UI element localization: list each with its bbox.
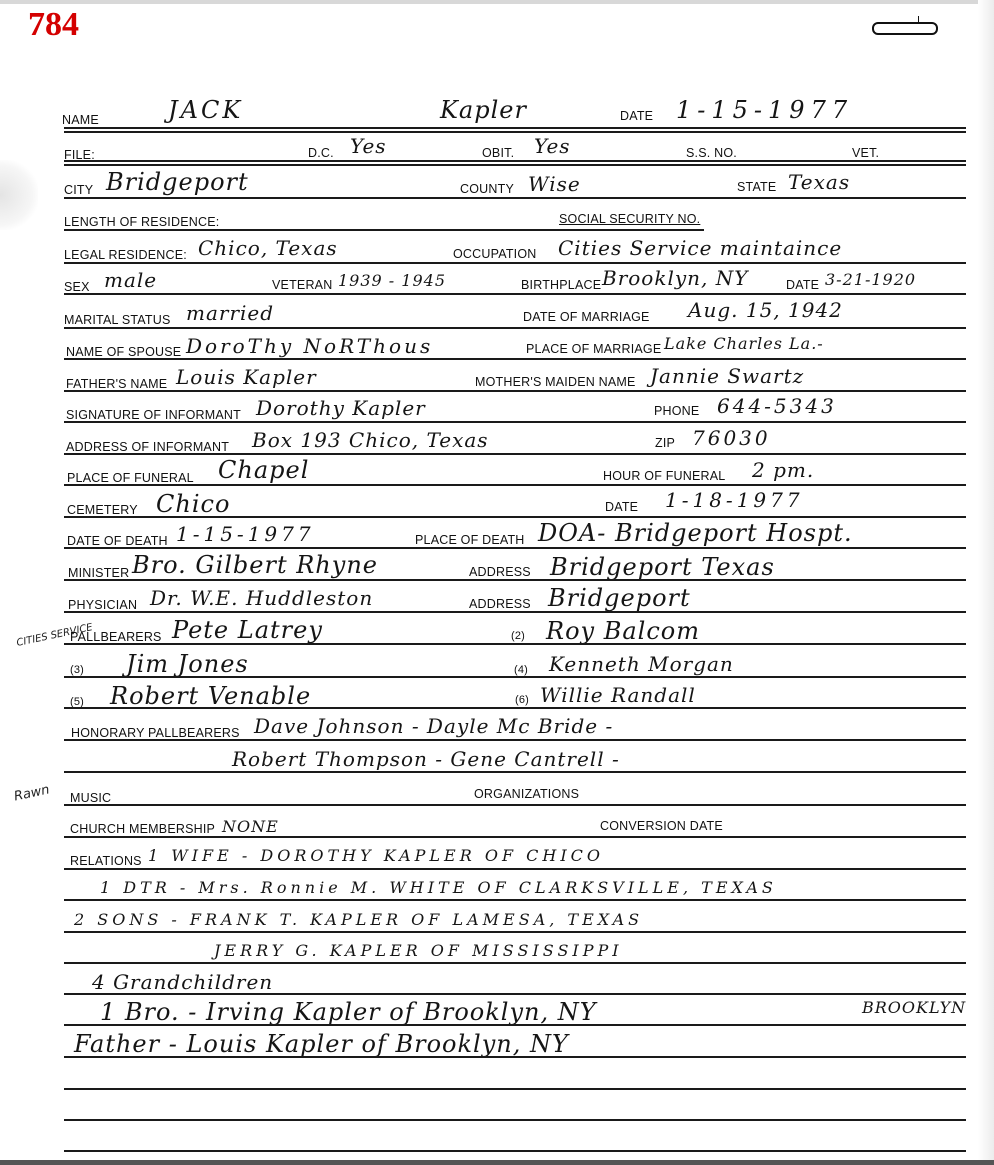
date-label: DATE [620,109,653,123]
pallbearer-3-num: (3) [70,664,84,676]
pallbearer-4[interactable]: Kenneth Morgan [549,652,734,676]
sex-value[interactable]: male [104,268,157,292]
name-label: NAME [62,113,99,127]
relations-rule-6 [64,1024,966,1026]
cemetery-label: CEMETERY [67,503,138,517]
relations-line-4[interactable]: JERRY G. KAPLER OF MISSISSIPPI [214,941,623,960]
honorary-pallbearers-line-1 [64,739,966,741]
county-label: COUNTY [460,182,514,196]
pallbearer-4-num: (4) [514,664,528,676]
birth-date-value[interactable]: 3-21-1920 [825,270,916,289]
obit-value[interactable]: Yes [534,134,571,158]
veteran-label: VETERAN [272,278,332,292]
marital-status-line [64,327,966,329]
relations-rule-8 [64,1088,966,1090]
cemetery-value[interactable]: Chico [156,490,230,518]
minister-address-value[interactable]: Bridgeport Texas [550,553,775,581]
pallbearers-line-2 [64,676,966,678]
pallbearer-5[interactable]: Robert Venable [110,682,311,710]
marital-status-value[interactable]: married [186,301,274,325]
obit-label: OBIT. [482,146,514,160]
occupation-value[interactable]: Cities Service maintaince [558,236,842,260]
file-line [64,160,966,162]
name-of-spouse-label: NAME OF SPOUSE [66,345,181,359]
birth-date-label: DATE [786,278,819,292]
name-of-spouse-value[interactable]: DoroThy NoRThous [186,334,433,358]
scan-top-edge [0,0,994,4]
hour-of-funeral-label: HOUR OF FUNERAL [603,469,725,483]
zip-value[interactable]: 76030 [692,426,771,450]
physician-address-value[interactable]: Bridgeport [548,584,691,612]
honorary-pallbearers-line2[interactable]: Robert Thompson - Gene Cantrell - [232,747,620,771]
relations-rule-3 [64,931,966,933]
mothers-maiden-name-value[interactable]: Jannie Swartz [650,364,804,388]
date-value[interactable]: 1-15-1977 [676,96,853,124]
mothers-maiden-name-label: MOTHER'S MAIDEN NAME [475,375,636,389]
record-number: 784 [28,6,79,44]
zip-label: ZIP [655,436,675,450]
fathers-name-line [64,390,966,392]
signature-of-informant-value[interactable]: Dorothy Kapler [256,396,426,420]
county-value[interactable]: Wise [528,172,581,196]
dc-value[interactable]: Yes [350,134,387,158]
ss-no-label: S.S. NO. [686,146,737,160]
state-label: STATE [737,180,776,194]
honorary-pallbearers-line-2 [64,771,966,773]
birthplace-value[interactable]: Brooklyn, NY [602,266,748,290]
place-of-death-value[interactable]: DOA- Bridgeport Hospt. [538,519,853,547]
pallbearers-line-1 [64,643,966,645]
paper-stain [0,160,38,230]
date-of-marriage-value[interactable]: Aug. 15, 1942 [688,298,843,322]
honorary-pallbearers-label: HONORARY PALLBEARERS [71,726,240,740]
length-of-residence-label: LENGTH OF RESIDENCE: [64,215,219,229]
relations-line-7[interactable]: Father - Louis Kapler of Brooklyn, NY [74,1030,569,1058]
legal-residence-label: LEGAL RESIDENCE: [64,248,187,262]
city-value[interactable]: Bridgeport [106,168,249,196]
relations-rule-10 [64,1150,966,1152]
relations-rule-7 [64,1056,966,1058]
minister-address-label: ADDRESS [469,565,531,579]
signature-of-informant-label: SIGNATURE OF INFORMANT [66,408,241,422]
relations-correction: BROOKLYN [862,998,966,1017]
date-of-death-value[interactable]: 1-15-1977 [176,522,315,546]
signature-of-informant-line [64,421,966,423]
relations-rule-2 [64,899,966,901]
date-of-death-line [64,547,966,549]
vet-label: VET. [852,146,879,160]
date-of-marriage-label: DATE OF MARRIAGE [523,310,650,324]
funeral-date-value[interactable]: 1-18-1977 [665,488,804,512]
fathers-name-label: FATHER'S NAME [66,377,167,391]
church-membership-line [64,836,966,838]
date-of-death-label: DATE OF DEATH [67,534,168,548]
relations-line-2[interactable]: 1 DTR - Mrs. Ronnie M. WHITE OF CLARKSVI… [100,878,777,897]
phone-value[interactable]: 644-5343 [717,394,837,418]
address-of-informant-line [64,453,966,455]
margin-note-music: Rawn [13,784,51,803]
name-line [64,127,966,129]
city-label: CITY [64,183,93,197]
relations-label: RELATIONS [70,854,142,868]
physician-label: PHYSICIAN [68,598,137,612]
pallbearers-label: PALLBEARERS [70,630,162,644]
relations-line-5[interactable]: 4 Grandchildren [92,970,273,994]
name-last-value[interactable]: Kapler [440,96,527,124]
funeral-date-label: DATE [605,500,638,514]
relations-line-6[interactable]: 1 Bro. - Irving Kapler of Brooklyn, NY [100,998,597,1026]
social-security-no-label: SOCIAL SECURITY NO. [559,212,700,226]
pallbearer-6[interactable]: Willie Randall [540,683,696,707]
pallbearer-3[interactable]: Jim Jones [126,650,249,678]
fathers-name-value[interactable]: Louis Kapler [176,365,317,389]
legal-residence-line [64,262,966,264]
place-of-funeral-line [64,484,966,486]
state-value[interactable]: Texas [788,170,850,194]
name-first-value[interactable]: JACK [168,96,243,124]
organizations-label: ORGANIZATIONS [474,787,579,801]
length-of-residence-line [64,229,704,231]
marital-status-label: MARITAL STATUS [64,313,171,327]
place-of-marriage-label: PLACE OF MARRIAGE [526,342,661,356]
conversion-date-label: CONVERSION DATE [600,819,723,833]
physician-line [64,611,966,613]
paper-clip-mark [872,22,938,35]
cemetery-line [64,516,966,518]
pallbearer-2-num: (2) [511,630,525,642]
scan-right-edge [978,0,994,1165]
phone-label: PHONE [654,404,699,418]
relations-line-3[interactable]: 2 SONS - FRANK T. KAPLER OF LAMESA, TEXA… [74,910,643,929]
relations-rule-5 [64,993,966,995]
place-of-marriage-value[interactable]: Lake Charles La.- [664,334,824,353]
relations-rule-9 [64,1119,966,1121]
physician-address-label: ADDRESS [469,597,531,611]
pallbearer-6-num: (6) [515,694,529,706]
dc-label: D.C. [308,146,334,160]
place-of-funeral-value[interactable]: Chapel [218,456,309,484]
minister-value[interactable]: Bro. Gilbert Rhyne [132,551,378,579]
physician-value[interactable]: Dr. W.E. Huddleston [150,586,373,610]
scan-bottom-edge [0,1160,994,1165]
pallbearer-2[interactable]: Roy Balcom [546,617,700,645]
relations-line-1[interactable]: 1 WIFE - DOROTHY KAPLER OF CHICO [148,846,604,865]
name-of-spouse-line [64,358,966,360]
music-line [64,804,966,806]
pallbearer-1[interactable]: Pete Latrey [172,616,323,644]
honorary-pallbearers-line1[interactable]: Dave Johnson - Dayle Mc Bride - [254,714,613,738]
minister-line [64,579,966,581]
city-line [64,197,966,199]
birthplace-label: BIRTHPLACE [521,278,601,292]
relations-rule-4 [64,962,966,964]
church-membership-label: CHURCH MEMBERSHIP [70,822,215,836]
minister-label: MINISTER [68,566,129,580]
music-label: MUSIC [70,791,111,805]
sex-line [64,293,966,295]
legal-residence-value[interactable]: Chico, Texas [198,236,338,260]
place-of-funeral-label: PLACE OF FUNERAL [67,471,194,485]
sex-label: SEX [64,280,90,294]
address-of-informant-value[interactable]: Box 193 Chico, Texas [252,428,489,452]
relations-rule-1 [64,868,966,870]
hour-of-funeral-value[interactable]: 2 pm. [752,458,814,482]
church-membership-value[interactable]: NONE [222,817,279,836]
veteran-value[interactable]: 1939 - 1945 [338,271,446,290]
address-of-informant-label: ADDRESS OF INFORMANT [66,440,229,454]
pallbearers-line-3 [64,707,966,709]
occupation-label: OCCUPATION [453,247,536,261]
place-of-death-label: PLACE OF DEATH [415,533,525,547]
